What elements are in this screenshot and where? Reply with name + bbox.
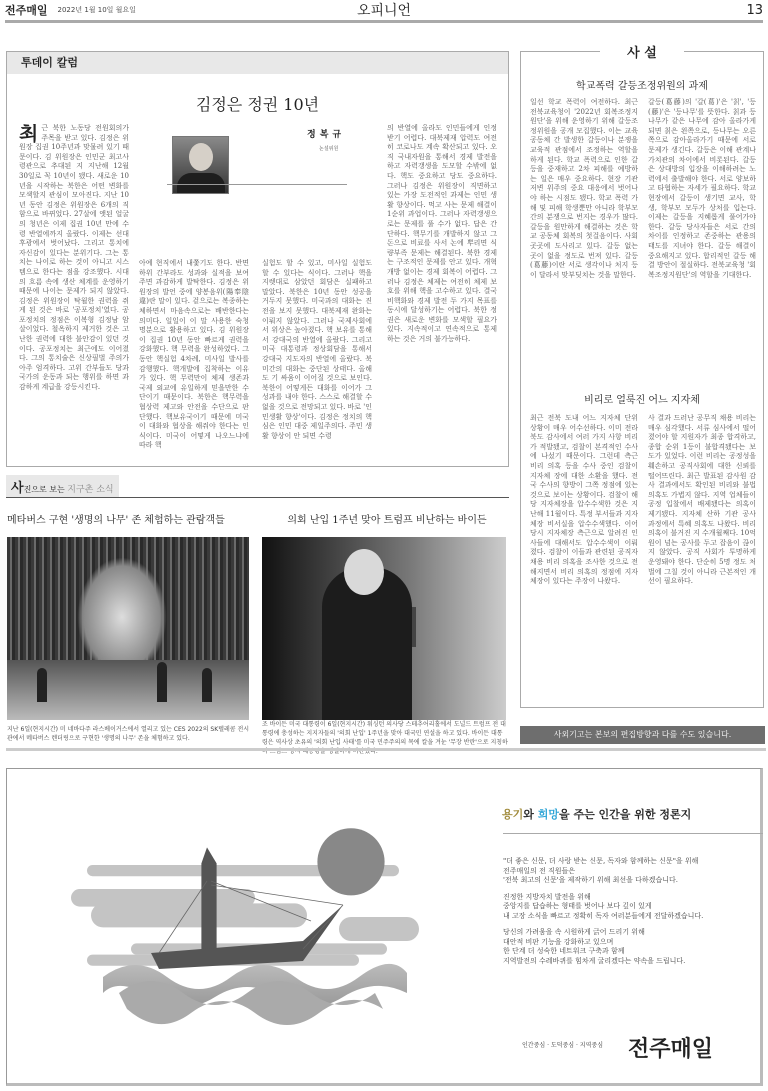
photo-caption-1: 지난 6일(현지시간) 미 네바다주 라스베이거스에서 열리고 있는 CES 2… (7, 725, 252, 743)
column-text-2: 아예 현직에서 내쫓기도 한다. 반면 하위 간부라도 성과와 실적을 보여주면… (139, 259, 249, 459)
editorial-title-2: 비리로 얼룩진 어느 지자체 (520, 391, 764, 406)
editorial-2-text-2: 사 결과 드러난 공무직 채용 비리는 매우 심각했다. 서류 심사에서 떨어졌… (648, 414, 756, 704)
column-title: 김정은 정권 10년 (7, 92, 508, 115)
ad-headline: 용기와 희망을 주는 인간을 위한 정론지 (502, 806, 691, 822)
section-divider (6, 497, 509, 498)
dropcap: 최 (19, 124, 38, 142)
metaverse-photo (7, 537, 249, 720)
header-divider (5, 20, 763, 23)
editorial-1-text-1: 일선 학교 폭력이 여전하다. 최근 전북교육청이 '2022년 회복조정지원단… (530, 98, 638, 388)
editorial-2-text-1: 최근 전북 도내 어느 지자체 단위 상황이 매우 어수선하다. 이미 전라북도… (530, 414, 638, 704)
author-divider (167, 184, 347, 185)
editorial-1-text-2: 갈등(葛藤)의 '갈(葛)'은 '칡', '등(藤)'은 '등나무'를 뜻한다.… (648, 98, 756, 388)
column-text-4: 의 반열에 올라도 인민들에게 인정받기 어렵다. 대북제재 압력도 여전히 코… (387, 124, 497, 459)
photo-title-2: 의회 난입 1주년 맞아 트럼프 비난하는 바이든 (262, 511, 512, 526)
ad-paragraph-3: 당신의 가려움을 속 시원하게 긁어 드리기 위해대안적 비판 기능을 강화하고… (503, 928, 763, 966)
section-title: 오피니언 (5, 0, 763, 20)
disclaimer-banner: 사외기고는 본보의 편집방향과 다를 수도 있습니다. (520, 726, 765, 744)
ad-paragraph-1: "더 좋은 신문, 더 사랑 받는 신문, 독자와 함께하는 신문"을 위해전주… (503, 857, 763, 886)
bottom-divider (6, 748, 766, 751)
photo-title-1: 메타버스 구현 '생명의 나무' 존 체험하는 관람객들 (7, 511, 257, 526)
ad-paragraph-2: 진정한 지방자치 발전을 위해중앙지를 답습하는 형태를 벗어나 보다 깊이 있… (503, 893, 763, 922)
page-header: 전주매일 2022년 1월 10일 월요일 오피니언 13 (5, 0, 763, 20)
ad-logo: 전주매일 (628, 1032, 713, 1063)
column-tab: 투데이 칼럼 (7, 52, 508, 74)
column-text-1: 최 근 북한 노동당 전원회의가 주목을 받고 있다. 김정은 위원장 집권 1… (19, 124, 129, 454)
column-text-3: 실험도 할 수 있고, 미사일 실험도 할 수 있다는 식이다. 그러나 핵을 … (262, 259, 372, 459)
pen-ship-illustration (27, 809, 467, 1049)
editorial-title-1: 학교폭력 갈등조정위원의 과제 (520, 77, 764, 92)
ad-divider (503, 833, 763, 834)
page-number: 13 (746, 3, 763, 18)
ad-body: "더 좋은 신문, 더 사랑 받는 신문, 독자와 함께하는 신문"을 위해전주… (503, 857, 763, 973)
photo-news-heading: 사진으로 보는 지구촌 소식 (6, 475, 509, 497)
today-column: 투데이 칼럼 김정은 정권 10년 최 근 북한 노동당 전원회의가 주목을 받… (6, 51, 509, 467)
editorial-heading: 사 설 (520, 46, 764, 60)
author-role: 논설위원 (319, 145, 338, 152)
author-photo (172, 136, 229, 194)
biden-photo (262, 537, 506, 720)
author-name: 정복규 (307, 127, 345, 140)
ad-slogan: 인간중심 · 도덕중심 · 지역중심 (522, 1040, 603, 1049)
